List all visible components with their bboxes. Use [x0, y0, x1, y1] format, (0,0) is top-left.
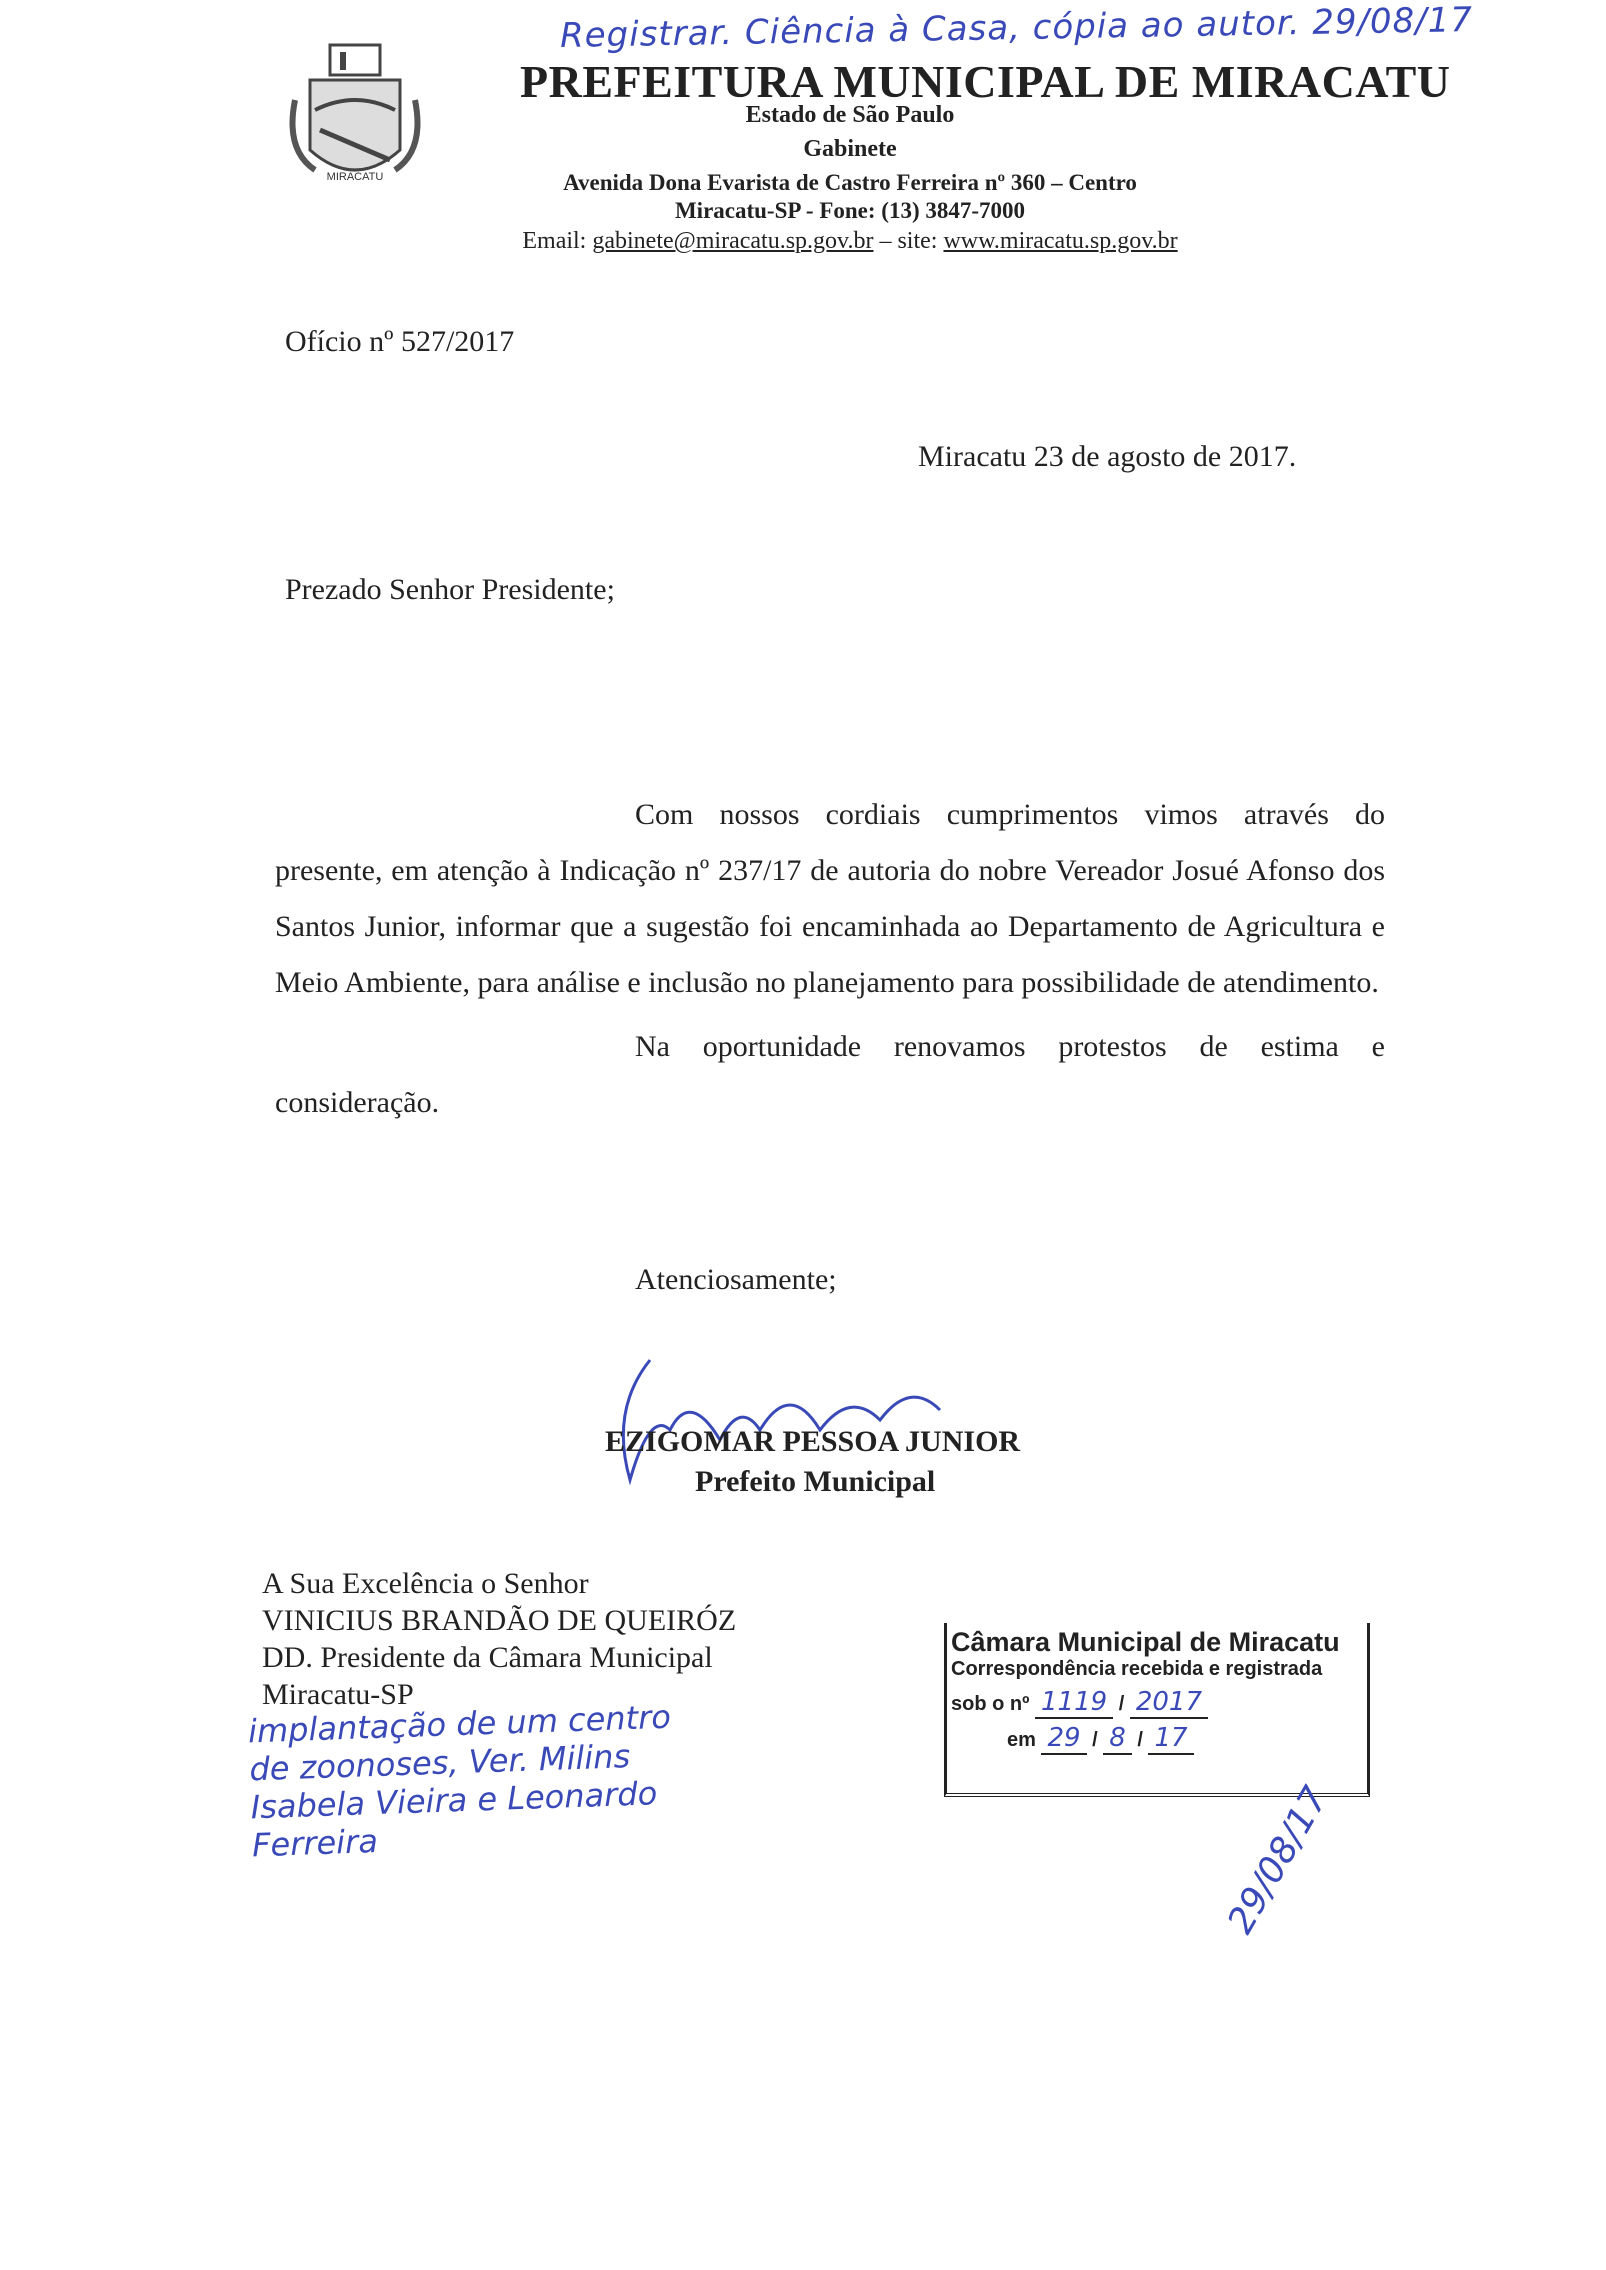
municipal-emblem-icon: MIRACATU: [285, 40, 425, 200]
letterhead-contacts: Email: gabinete@miracatu.sp.gov.br – sit…: [500, 228, 1200, 255]
stamp-subtitle: Correspondência recebida e registrada: [951, 1658, 1367, 1681]
reception-stamp: Câmara Municipal de Miracatu Correspondê…: [944, 1623, 1370, 1797]
stamp-number: 1119: [1035, 1687, 1113, 1719]
handwritten-dispatch-note: Registrar. Ciência à Casa, cópia ao auto…: [560, 0, 1474, 56]
oficio-number: Ofício nº 527/2017: [285, 325, 514, 359]
stamp-date-row: em 29 / 8 / 17: [1007, 1723, 1367, 1753]
letterhead-city-phone: Miracatu-SP - Fone: (13) 3847-7000: [500, 198, 1200, 224]
body-paragraph: Na oportunidade renovamos protestos de e…: [275, 1019, 1385, 1131]
email-link[interactable]: gabinete@miracatu.sp.gov.br: [592, 228, 873, 254]
site-link[interactable]: www.miracatu.sp.gov.br: [943, 228, 1177, 254]
letter-body: Com nossos cordiais cumprimentos vimos a…: [275, 787, 1385, 1131]
addressee-line: A Sua Excelência o Senhor: [262, 1565, 736, 1602]
site-label: – site:: [873, 228, 943, 254]
addressee-block: A Sua Excelência o Senhor VINICIUS BRAND…: [262, 1565, 736, 1713]
letterhead-address: Avenida Dona Evarista de Castro Ferreira…: [500, 170, 1200, 196]
letterhead-state: Estado de São Paulo: [500, 102, 1200, 129]
addressee-line: VINICIUS BRANDÃO DE QUEIRÓZ: [262, 1602, 736, 1639]
stamp-day: 29: [1041, 1723, 1086, 1755]
closing: Atenciosamente;: [635, 1263, 837, 1297]
signatory-role: Prefeito Municipal: [695, 1465, 935, 1499]
stamp-number-label: sob o nº: [951, 1693, 1029, 1715]
stamp-title: Câmara Municipal de Miracatu: [951, 1627, 1367, 1658]
signatory-name: EZIGOMAR PESSOA JUNIOR: [605, 1425, 1020, 1459]
letterhead-title: PREFEITURA MUNICIPAL DE MIRACATU: [520, 55, 1451, 108]
addressee-line: DD. Presidente da Câmara Municipal: [262, 1639, 736, 1676]
handwritten-rubric: 29/08/17: [1220, 1780, 1336, 1941]
salutation: Prezado Senhor Presidente;: [285, 573, 615, 607]
stamp-date-label: em: [1007, 1729, 1036, 1751]
svg-text:MIRACATU: MIRACATU: [327, 171, 384, 183]
stamp-year: 2017: [1130, 1687, 1208, 1719]
stamp-month: 8: [1103, 1723, 1132, 1755]
body-paragraph: Com nossos cordiais cumprimentos vimos a…: [275, 787, 1385, 1011]
letterhead-department: Gabinete: [500, 136, 1200, 163]
stamp-number-row: sob o nº 1119 / 2017: [951, 1687, 1367, 1717]
stamp-year-short: 17: [1148, 1723, 1193, 1755]
handwritten-subject-note: implantação de um centro de zoonoses, Ve…: [247, 1698, 675, 1865]
letter-date: Miracatu 23 de agosto de 2017.: [918, 440, 1296, 474]
email-label: Email:: [522, 228, 592, 254]
